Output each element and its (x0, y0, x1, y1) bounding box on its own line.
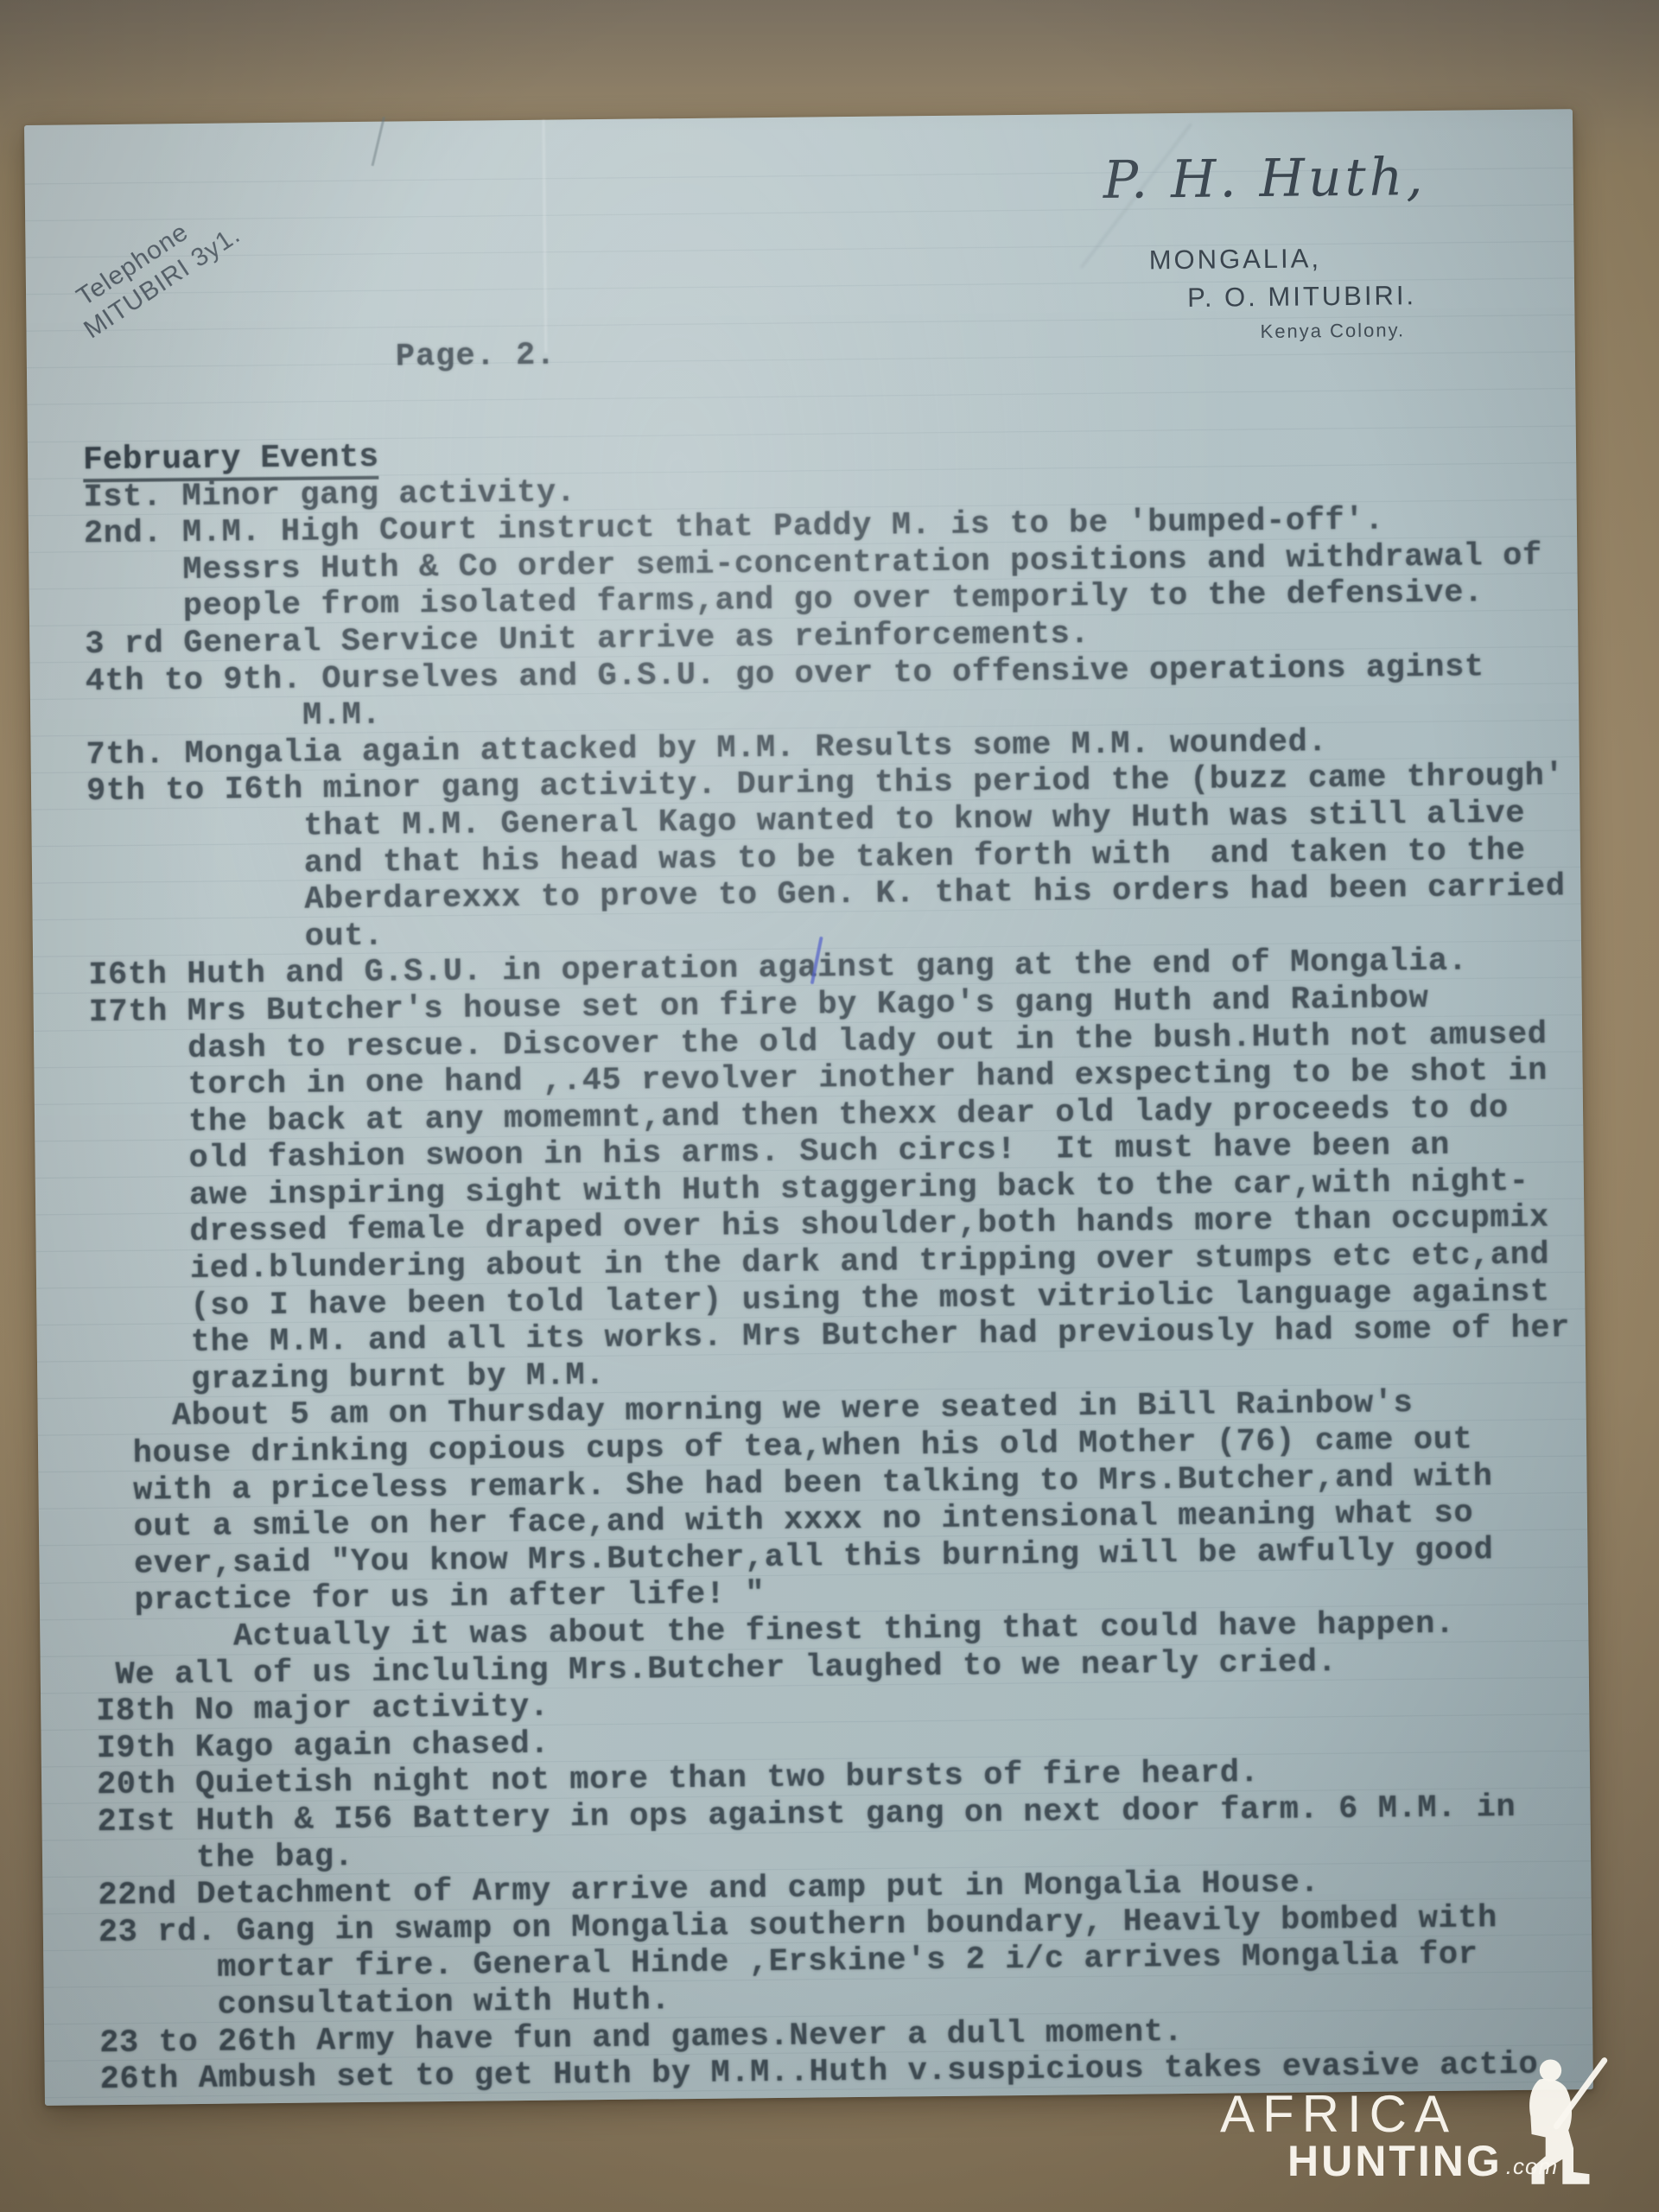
page-number-label: Page. 2. (396, 338, 556, 376)
letter-body: February Events Ist. Minor gang activity… (83, 427, 1578, 2099)
letter-paper: Telephone MITUBIRI 3y1. P. H. Huth, MONG… (24, 109, 1593, 2106)
paper-crease (543, 120, 547, 353)
letter-lines: Ist. Minor gang activity.2nd. M.M. High … (83, 464, 1578, 2099)
watermark-africa-text: AFRICA (1220, 2084, 1457, 2144)
hunter-silhouette-icon (1505, 2056, 1616, 2186)
photo-of-typewritten-letter: Telephone MITUBIRI 3y1. P. H. Huth, MONG… (0, 0, 1659, 2212)
letterhead-address-line: Kenya Colony. (1260, 319, 1405, 343)
section-heading-text: February Events (83, 439, 379, 483)
letterhead-address-line: MONGALIA, (1149, 243, 1322, 276)
letterhead-name: P. H. Huth, (1103, 147, 1426, 211)
africahunting-watermark: AFRICA HUNTING.com (1201, 2056, 1642, 2208)
paper-tear (372, 117, 385, 166)
letterhead-address-line: P. O. MITUBIRI. (1187, 280, 1416, 314)
telephone-stamp: Telephone MITUBIRI 3y1. (71, 143, 321, 339)
watermark-hunting-word: HUNTING (1287, 2137, 1503, 2185)
